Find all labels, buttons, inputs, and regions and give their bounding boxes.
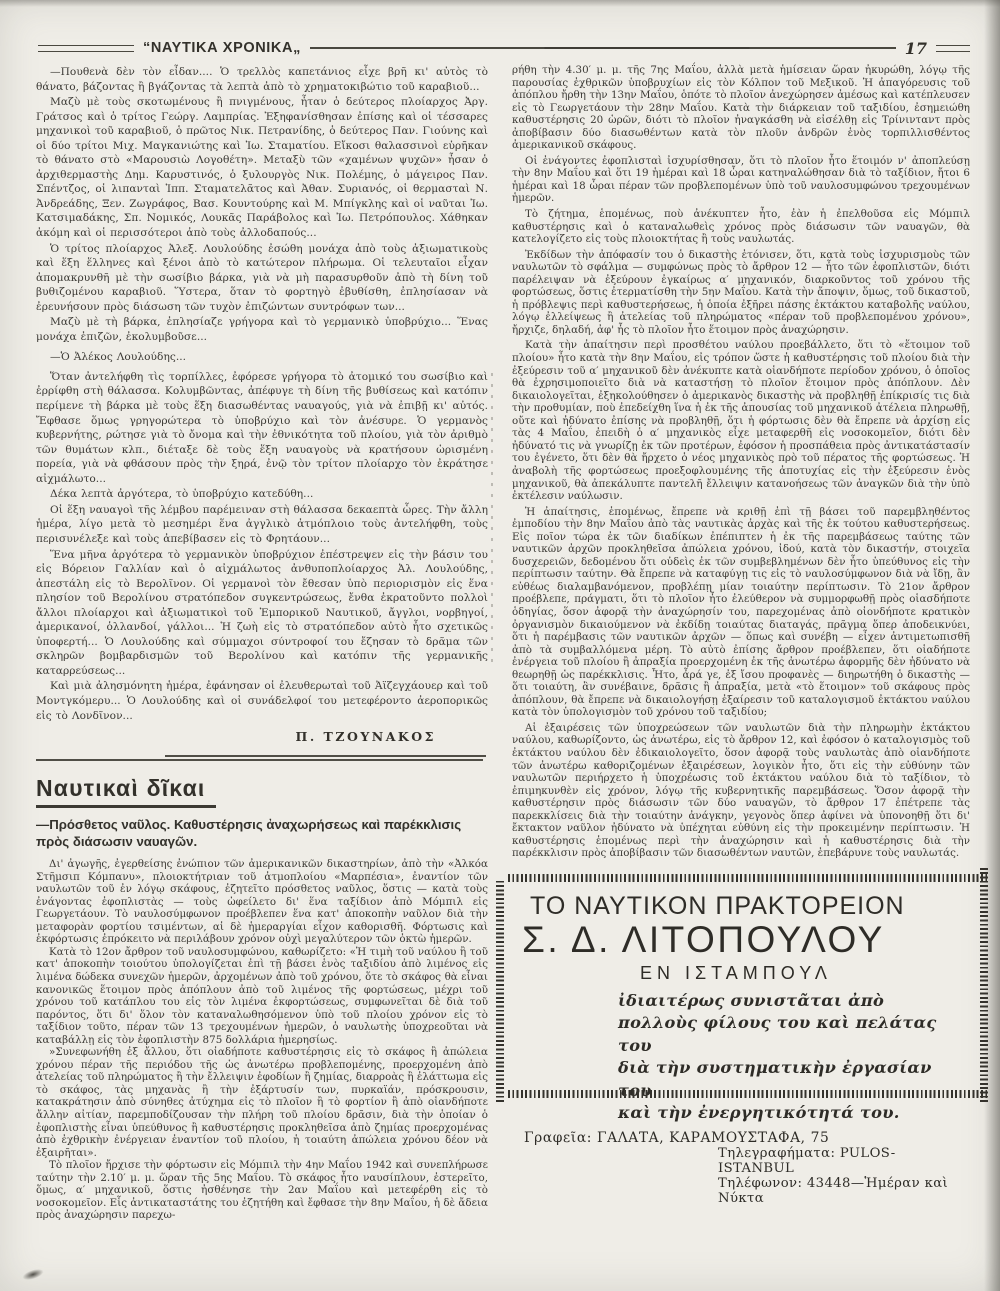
continuation-paragraph: ρήθη τὴν 4.30′ μ. μ. τῆς 7ης Μαΐου, ἀλλὰ… — [512, 64, 970, 152]
story-paragraph: Ὅταν ἀντελήφθη τὶς τορπίλλες, ἐφόρεσε γρ… — [36, 370, 488, 486]
story-paragraph: Οἱ ἕξη ναυαγοὶ τῆς λέμβου παρέμειναν στὴ… — [36, 503, 488, 547]
legal-paragraph: Ἡ ἀπαίτησις, ἑπομένως, ἔπρεπε νὰ κριθῇ ἐ… — [512, 506, 970, 719]
story-paragraphs: —Πουθενὰ δὲν τὸν εἶδαν.... Ὁ τρελλὸς καπ… — [36, 65, 488, 723]
legal-paragraph: Οἱ ἐνάγοντες ἐφοπλισταὶ ἰσχυρίσθησαν, ὅτ… — [512, 155, 970, 205]
story-signature: Π. ΤΖΟΥΝΑΚΟΣ — [36, 729, 488, 744]
legal-paragraph: »Συνεφωνήθη ἐξ ἄλλου, ὅτι οἱαδήποτε καθυ… — [36, 1046, 488, 1159]
legal-paragraph: Δι' ἀγωγῆς, ἐγερθείσης ἐνώπιον τῶν ἀμερι… — [36, 858, 488, 946]
ad-slogan: ἰδιαιτέρως συνιστᾶται ἀπὸπολλοὺς φίλους … — [618, 990, 970, 1125]
ad-telegrams: Τηλεγραφήματα: PULOS-ISTANBUL — [718, 1146, 970, 1176]
hash-border-left-icon — [496, 880, 504, 1102]
legal-paragraph: Κατὰ τὴν ἀπαίτησιν περὶ προσθέτου ναύλου… — [512, 339, 970, 502]
story-paragraph: —Πουθενὰ δὲν τὸν εἶδαν.... Ὁ τρελλὸς καπ… — [36, 65, 488, 94]
header-rule-left — [38, 45, 134, 52]
story-paragraph: —Ὁ Ἀλέκος Λουλούδης... — [36, 350, 488, 365]
story-article: —Πουθενὰ δὲν τὸν εἶδαν.... Ὁ τρελλὸς καπ… — [36, 65, 488, 744]
story-paragraph: Δέκα λεπτὰ ἀργότερα, τὸ ὑποβρύχιο κατεδύ… — [36, 487, 488, 502]
ad-location: ΕΝ ΙΣΤΑΜΠΟΥΛ — [640, 963, 970, 984]
hash-border-bottom-icon — [508, 1090, 988, 1098]
story-paragraph: Μαζὺ μὲ τοὺς σκοτωμένους ἢ πνιγμένους, ἦ… — [36, 95, 488, 240]
legal-paragraph: Αἱ ἐξαιρέσεις τῶν ὑποχρεώσεων τῶν ναυλωτ… — [512, 722, 970, 860]
section-separator — [36, 755, 488, 761]
ad-slogan-line: καὶ τὴν ἐνεργητικότητά του. — [618, 1102, 970, 1125]
story-paragraph: Ἕνα μῆνα ἀργότερα τὸ γερμανικὸν ὑποβρύχι… — [36, 548, 488, 679]
legal-paragraphs-left: Δι' ἀγωγῆς, ἐγερθείσης ἐνώπιον τῶν ἀμερι… — [36, 858, 488, 1222]
hash-border-top-icon — [508, 874, 988, 882]
page-header: “ΝΑΥΤΙΚΑ ΧΡΟΝΙΚΑ„ 17 — [0, 0, 1000, 58]
right-column: ρήθη τὴν 4.30′ μ. μ. τῆς 7ης Μαΐου, ἀλλὰ… — [512, 64, 970, 1222]
magazine-title: “ΝΑΥΤΙΚΑ ΧΡΟΝΙΚΑ„ — [143, 40, 301, 56]
ad-phone: Τηλέφωνον: 43448—Ἡμέραν καὶ Νύκτα — [718, 1176, 970, 1206]
page-columns: —Πουθενὰ δὲν τὸν εἶδαν.... Ὁ τρελλὸς καπ… — [0, 58, 1000, 1222]
ink-smudge — [21, 1267, 45, 1282]
hash-border-right-icon — [980, 868, 988, 1102]
legal-text-right: ρήθη τὴν 4.30′ μ. μ. τῆς 7ης Μαΐου, ἀλλὰ… — [512, 64, 970, 860]
header-rule-right — [936, 45, 970, 52]
magazine-page: “ΝΑΥΤΙΚΑ ΧΡΟΝΙΚΑ„ 17 —Πουθενὰ δὲν τὸν εἶ… — [0, 0, 1000, 1291]
story-paragraph: Μαζὺ μὲ τὴ βάρκα, ἐπλησίαζε γρήγορα καὶ … — [36, 315, 488, 344]
page-number: 17 — [905, 39, 927, 58]
story-paragraph: Καὶ μιὰ ἀλησμόνητη ἡμέρα, ἐφάνησαν οἱ ἐλ… — [36, 679, 488, 723]
ad-agency-name: Σ. Δ. ΛΙΤΟΠΟΥΛΟΥ — [522, 919, 970, 961]
legal-paragraph: Τὸ πλοῖον ἤρχισε τὴν φόρτωσιν εἰς Μόμπιλ… — [36, 1159, 488, 1222]
left-column: —Πουθενὰ δὲν τὸν εἶδαν.... Ὁ τρελλὸς καπ… — [36, 64, 488, 1222]
header-rule-middle — [310, 47, 896, 50]
advertisement-box: ΤΟ ΝΑΥΤΙΚΟΝ ΠΡΑΚΤΟΡΕΙΟΝ Σ. Δ. ΛΙΤΟΠΟΥΛΟΥ… — [508, 874, 986, 1098]
legal-paragraph: Κατὰ τὸ 12ον ἄρθρον τοῦ ναυλοσυμφώνου, κ… — [36, 946, 488, 1046]
section-title: Ναυτικαὶ δῖκαι — [36, 775, 216, 808]
ad-slogan-line: πολλοὺς φίλους του καὶ πελάτας του — [618, 1012, 970, 1057]
legal-paragraphs-right: Οἱ ἐνάγοντες ἐφοπλισταὶ ἰσχυρίσθησαν, ὅτ… — [512, 155, 970, 860]
legal-paragraph: Ἐκδίδων τὴν ἀπόφασίν του ὁ δικαστὴς ἐτόν… — [512, 249, 970, 337]
story-paragraph: Ὁ τρίτος πλοίαρχος Ἀλεξ. Λουλούδης ἐσώθη… — [36, 242, 488, 315]
ad-offices: Γραφεῖα: ΓΑΛΑΤΑ, ΚΑΡΑΜΟΥΣΤΑΦΑ, 75 — [524, 1130, 970, 1146]
scan-gutter-marks — [491, 372, 493, 662]
section-subtitle: —Πρόσθετος ναῦλος. Καθυστέρησις ἀναχωρήσ… — [36, 817, 474, 850]
ad-kicker: ΤΟ ΝΑΥΤΙΚΟΝ ΠΡΑΚΤΟΡΕΙΟΝ — [530, 892, 970, 921]
ad-slogan-line: ἰδιαιτέρως συνιστᾶται ἀπὸ — [618, 990, 970, 1013]
legal-paragraph: Τὸ ζήτημα, ἑπομένως, ποὺ ἀνέκυπτεν ἦτο, … — [512, 208, 970, 246]
